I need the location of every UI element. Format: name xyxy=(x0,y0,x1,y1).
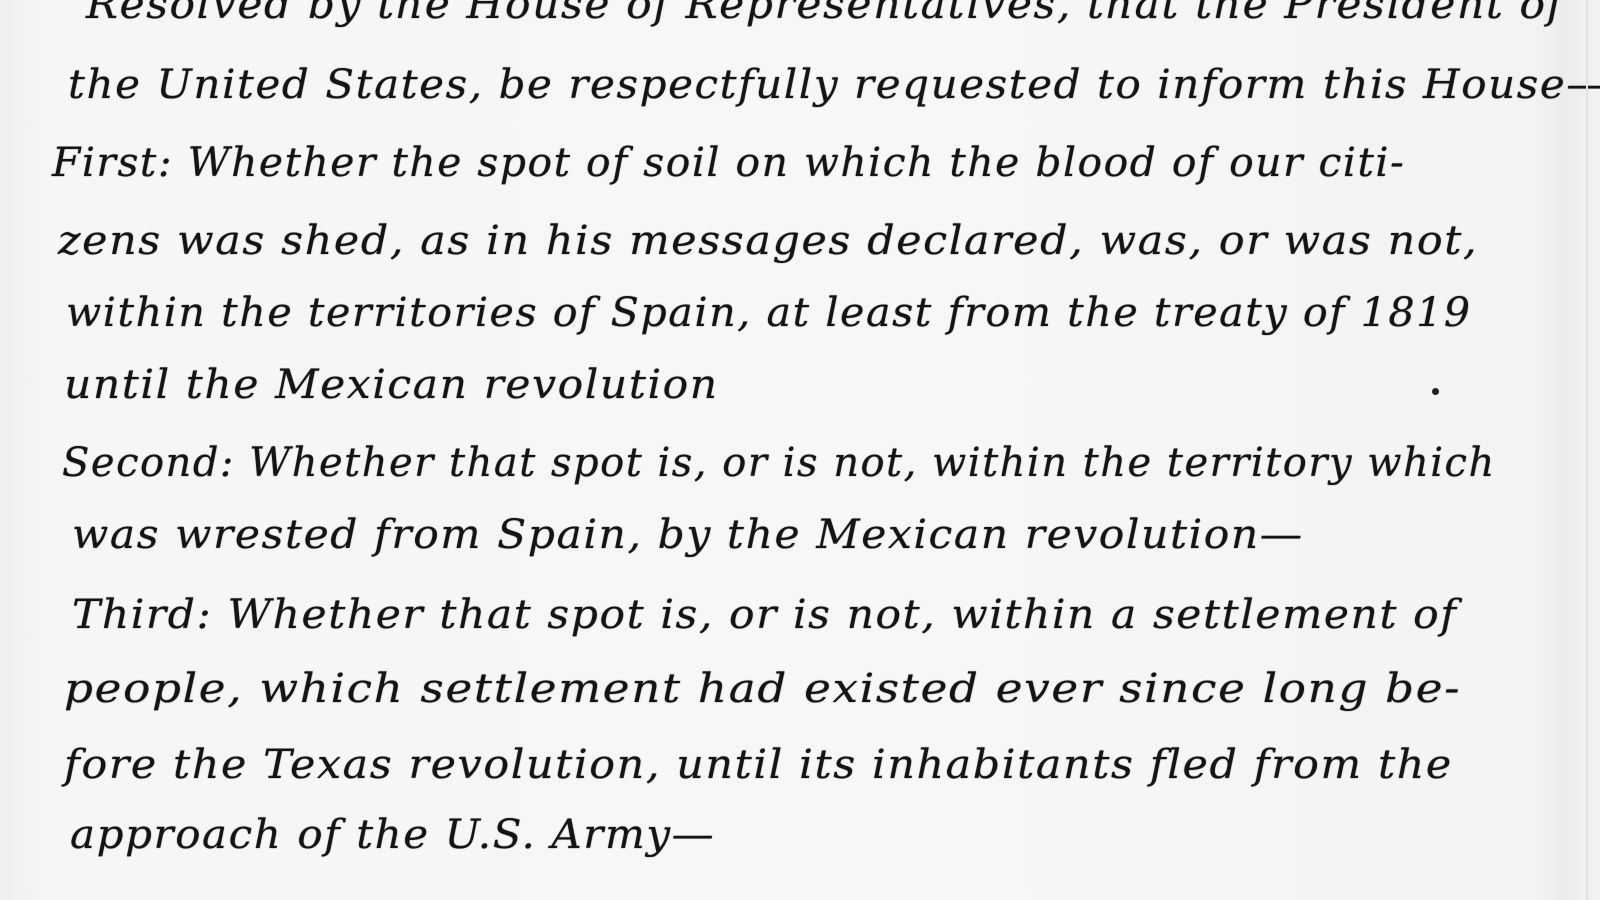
manuscript-line-11: fore the Texas revolution, until its inh… xyxy=(64,742,1453,788)
manuscript-line-8: was wrested from Spain, by the Mexican r… xyxy=(72,512,1304,558)
manuscript-line-10: people, which settlement had existed eve… xyxy=(64,666,1461,712)
manuscript-line-12: approach of the U.S. Army— xyxy=(70,812,715,858)
manuscript-line-9: Third: Whether that spot is, or is not, … xyxy=(72,592,1458,638)
manuscript-line-7: Second: Whether that spot is, or is not,… xyxy=(62,440,1496,486)
manuscript-line-1: Resolved by the House of Representatives… xyxy=(86,0,1564,28)
page-edge xyxy=(1586,0,1588,900)
manuscript-line-2: the United States, be respectfully reque… xyxy=(68,62,1600,108)
ink-dot xyxy=(1432,388,1439,395)
manuscript-line-4: zens was shed, as in his messages declar… xyxy=(58,218,1478,264)
manuscript-line-3: First: Whether the spot of soil on which… xyxy=(52,140,1405,186)
manuscript-line-5: within the territories of Spain, at leas… xyxy=(66,290,1472,336)
scanned-manuscript-page: Resolved by the House of Representatives… xyxy=(0,0,1600,900)
manuscript-line-6: until the Mexican revolution xyxy=(64,362,719,408)
